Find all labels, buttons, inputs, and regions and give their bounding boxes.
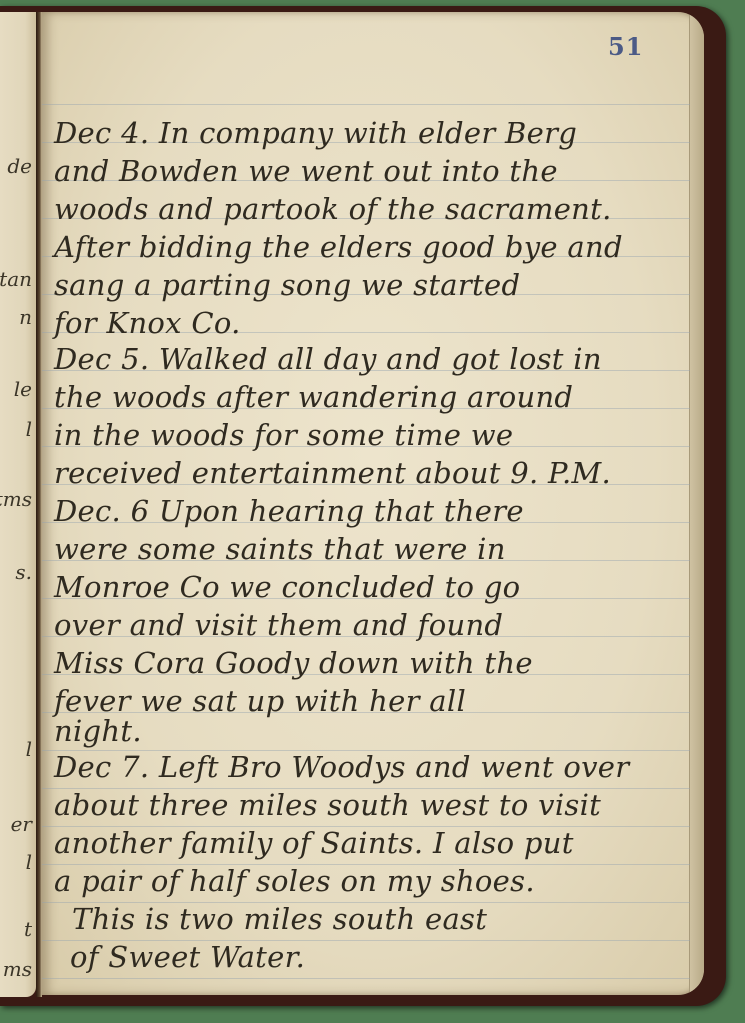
entry-dec6-line: Miss Cora Goody down with the (54, 646, 533, 680)
entry-dec4-line: After bidding the elders good bye and (54, 230, 623, 264)
page-number: 51 (608, 32, 643, 61)
entry-dec4-line: Dec 4. In company with elder Berg (54, 116, 577, 150)
left-page: de tan n le l tms s. l er l t ms (0, 12, 36, 997)
entry-dec7-line: of Sweet Water. (70, 940, 305, 974)
ruled-line (42, 104, 690, 105)
left-page-fragment: tms (0, 487, 32, 511)
entry-dec4-line: and Bowden we went out into the (54, 154, 558, 188)
entry-dec7-line: Dec 7. Left Bro Woodys and went over (54, 750, 629, 784)
left-page-fragment: tan (0, 267, 32, 291)
left-page-fragment: l (26, 850, 32, 874)
entry-dec7-line: about three miles south west to visit (54, 788, 601, 822)
entry-dec6-line: fever we sat up with her all (54, 684, 466, 718)
entry-dec6-line: night. (54, 714, 142, 748)
journal-page: 51 Dec 4. In company with elder Berg and… (42, 12, 704, 995)
entry-dec4-line: woods and partook of the sacrament. (54, 192, 612, 226)
entry-dec6-line: were some saints that were in (54, 532, 506, 566)
left-page-fragment: de (7, 154, 32, 178)
entry-dec6-line: Dec. 6 Upon hearing that there (54, 494, 524, 528)
entry-dec4-line: sang a parting song we started (54, 268, 520, 302)
entry-dec5-line: received entertainment about 9. P.M. (54, 456, 611, 490)
left-page-fragment: n (19, 305, 32, 329)
entry-dec7-line: another family of Saints. I also put (54, 826, 574, 860)
left-page-fragment: ms (3, 957, 32, 981)
ruled-line (42, 978, 690, 979)
left-page-fragment: le (14, 377, 32, 401)
left-page-fragment: l (26, 417, 32, 441)
entry-dec5-line: in the woods for some time we (54, 418, 513, 452)
left-page-fragment: t (24, 917, 32, 941)
entry-dec7-line: This is two miles south east (72, 902, 487, 936)
entry-dec4-line: for Knox Co. (54, 306, 241, 340)
left-page-fragment: er (11, 812, 32, 836)
entry-dec6-line: Monroe Co we concluded to go (54, 570, 520, 604)
left-page-fragment: l (26, 737, 32, 761)
entry-dec6-line: over and visit them and found (54, 608, 503, 642)
entry-dec5-line: the woods after wandering around (54, 380, 573, 414)
page-edge (689, 12, 704, 995)
entry-dec5-line: Dec 5. Walked all day and got lost in (54, 342, 602, 376)
entry-dec7-line: a pair of half soles on my shoes. (54, 864, 535, 898)
left-page-fragment: s. (15, 560, 32, 584)
